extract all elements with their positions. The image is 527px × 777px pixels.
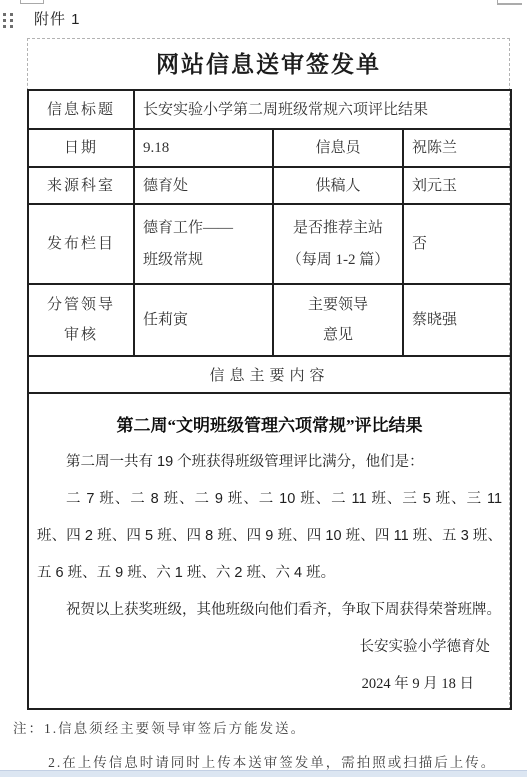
- source-dept-value: 德育处: [134, 167, 273, 204]
- recommend-main-site-line1: 是否推荐主站: [274, 212, 402, 244]
- footer-note-prefix: 注：: [13, 721, 44, 736]
- info-title-value: 长安实验小学第二周班级常规六项评比结果: [134, 90, 511, 129]
- cropped-box-fragment-right: [497, 0, 522, 5]
- footer-notes: 注：1.信息须经主要领导审签后方能发送。 2.在上传信息时请同时上传本送审签发单…: [13, 712, 521, 777]
- document-page: 附件 1 网站信息送审签发单 信息标题 长安实验小学第二周班级常规六项评比结果 …: [0, 0, 527, 777]
- informant-label: 信息员: [273, 129, 403, 167]
- leader-opinion-value: 蔡晓强: [403, 284, 511, 356]
- publish-column-value-line2: 班级常规: [143, 244, 272, 276]
- leader-opinion-label: 主要领导 意见: [273, 284, 403, 356]
- leader-opinion-line2: 意见: [274, 320, 402, 350]
- main-content-cell: 第二周“文明班级管理六项常规”评比结果 第二周一共有 19 个班获得班级管理评比…: [28, 393, 511, 709]
- supervisor-review-line2: 审核: [29, 320, 133, 350]
- main-content-header: 信息主要内容: [28, 356, 511, 393]
- footer-note-1-text: 1.信息须经主要领导审签后方能发送。: [44, 721, 306, 736]
- publish-column-value: 德育工作—— 班级常规: [134, 204, 273, 284]
- publish-column-label: 发布栏目: [28, 204, 134, 284]
- attachment-label: 附件 1: [34, 8, 81, 29]
- content-paragraph-class-list: 二 7 班、二 8 班、二 9 班、二 10 班、二 11 班、三 5 班、三 …: [37, 481, 502, 592]
- table-row: 来源科室 德育处 供稿人 刘元玉: [28, 167, 511, 204]
- approval-form-table: 信息标题 长安实验小学第二周班级常规六项评比结果 日期 9.18 信息员 祝陈兰…: [27, 89, 512, 710]
- info-title-label: 信息标题: [28, 90, 134, 129]
- table-row: 信息主要内容: [28, 356, 511, 393]
- content-signature: 长安实验小学德育处: [37, 629, 502, 666]
- publish-column-value-line1: 德育工作——: [143, 212, 272, 244]
- recommend-main-site-line2: （每周 1-2 篇）: [274, 244, 402, 276]
- supervisor-review-label: 分管领导 审核: [28, 284, 134, 356]
- content-paragraph-intro: 第二周一共有 19 个班获得班级管理评比满分，他们是：: [37, 444, 502, 481]
- table-row: 第二周“文明班级管理六项常规”评比结果 第二周一共有 19 个班获得班级管理评比…: [28, 393, 511, 709]
- recommend-main-site-label: 是否推荐主站 （每周 1-2 篇）: [273, 204, 403, 284]
- content-date: 2024 年 9 月 18 日: [37, 666, 502, 703]
- drag-handle-dots-icon[interactable]: [3, 13, 13, 28]
- table-row: 日期 9.18 信息员 祝陈兰: [28, 129, 511, 167]
- source-dept-label: 来源科室: [28, 167, 134, 204]
- contributor-value: 刘元玉: [403, 167, 511, 204]
- content-paragraph-congrats: 祝贺以上获奖班级，其他班级向他们看齐，争取下周获得荣誉班牌。: [37, 592, 502, 629]
- cropped-box-fragment-left: [20, 0, 44, 4]
- table-row: 分管领导 审核 任莉寅 主要领导 意见 蔡晓强: [28, 284, 511, 356]
- date-value: 9.18: [134, 129, 273, 167]
- content-title: 第二周“文明班级管理六项常规”评比结果: [37, 408, 502, 444]
- table-row: 发布栏目 德育工作—— 班级常规 是否推荐主站 （每周 1-2 篇） 否: [28, 204, 511, 284]
- footer-note-1: 注：1.信息须经主要领导审签后方能发送。: [13, 712, 521, 746]
- informant-value: 祝陈兰: [403, 129, 511, 167]
- table-row: 信息标题 长安实验小学第二周班级常规六项评比结果: [28, 90, 511, 129]
- form-title: 网站信息送审签发单: [27, 47, 510, 81]
- supervisor-review-value: 任莉寅: [134, 284, 273, 356]
- contributor-label: 供稿人: [273, 167, 403, 204]
- date-label: 日期: [28, 129, 134, 167]
- supervisor-review-line1: 分管领导: [29, 290, 133, 320]
- bottom-highlight-bar: [0, 770, 527, 777]
- leader-opinion-line1: 主要领导: [274, 290, 402, 320]
- recommend-main-site-value: 否: [403, 204, 511, 284]
